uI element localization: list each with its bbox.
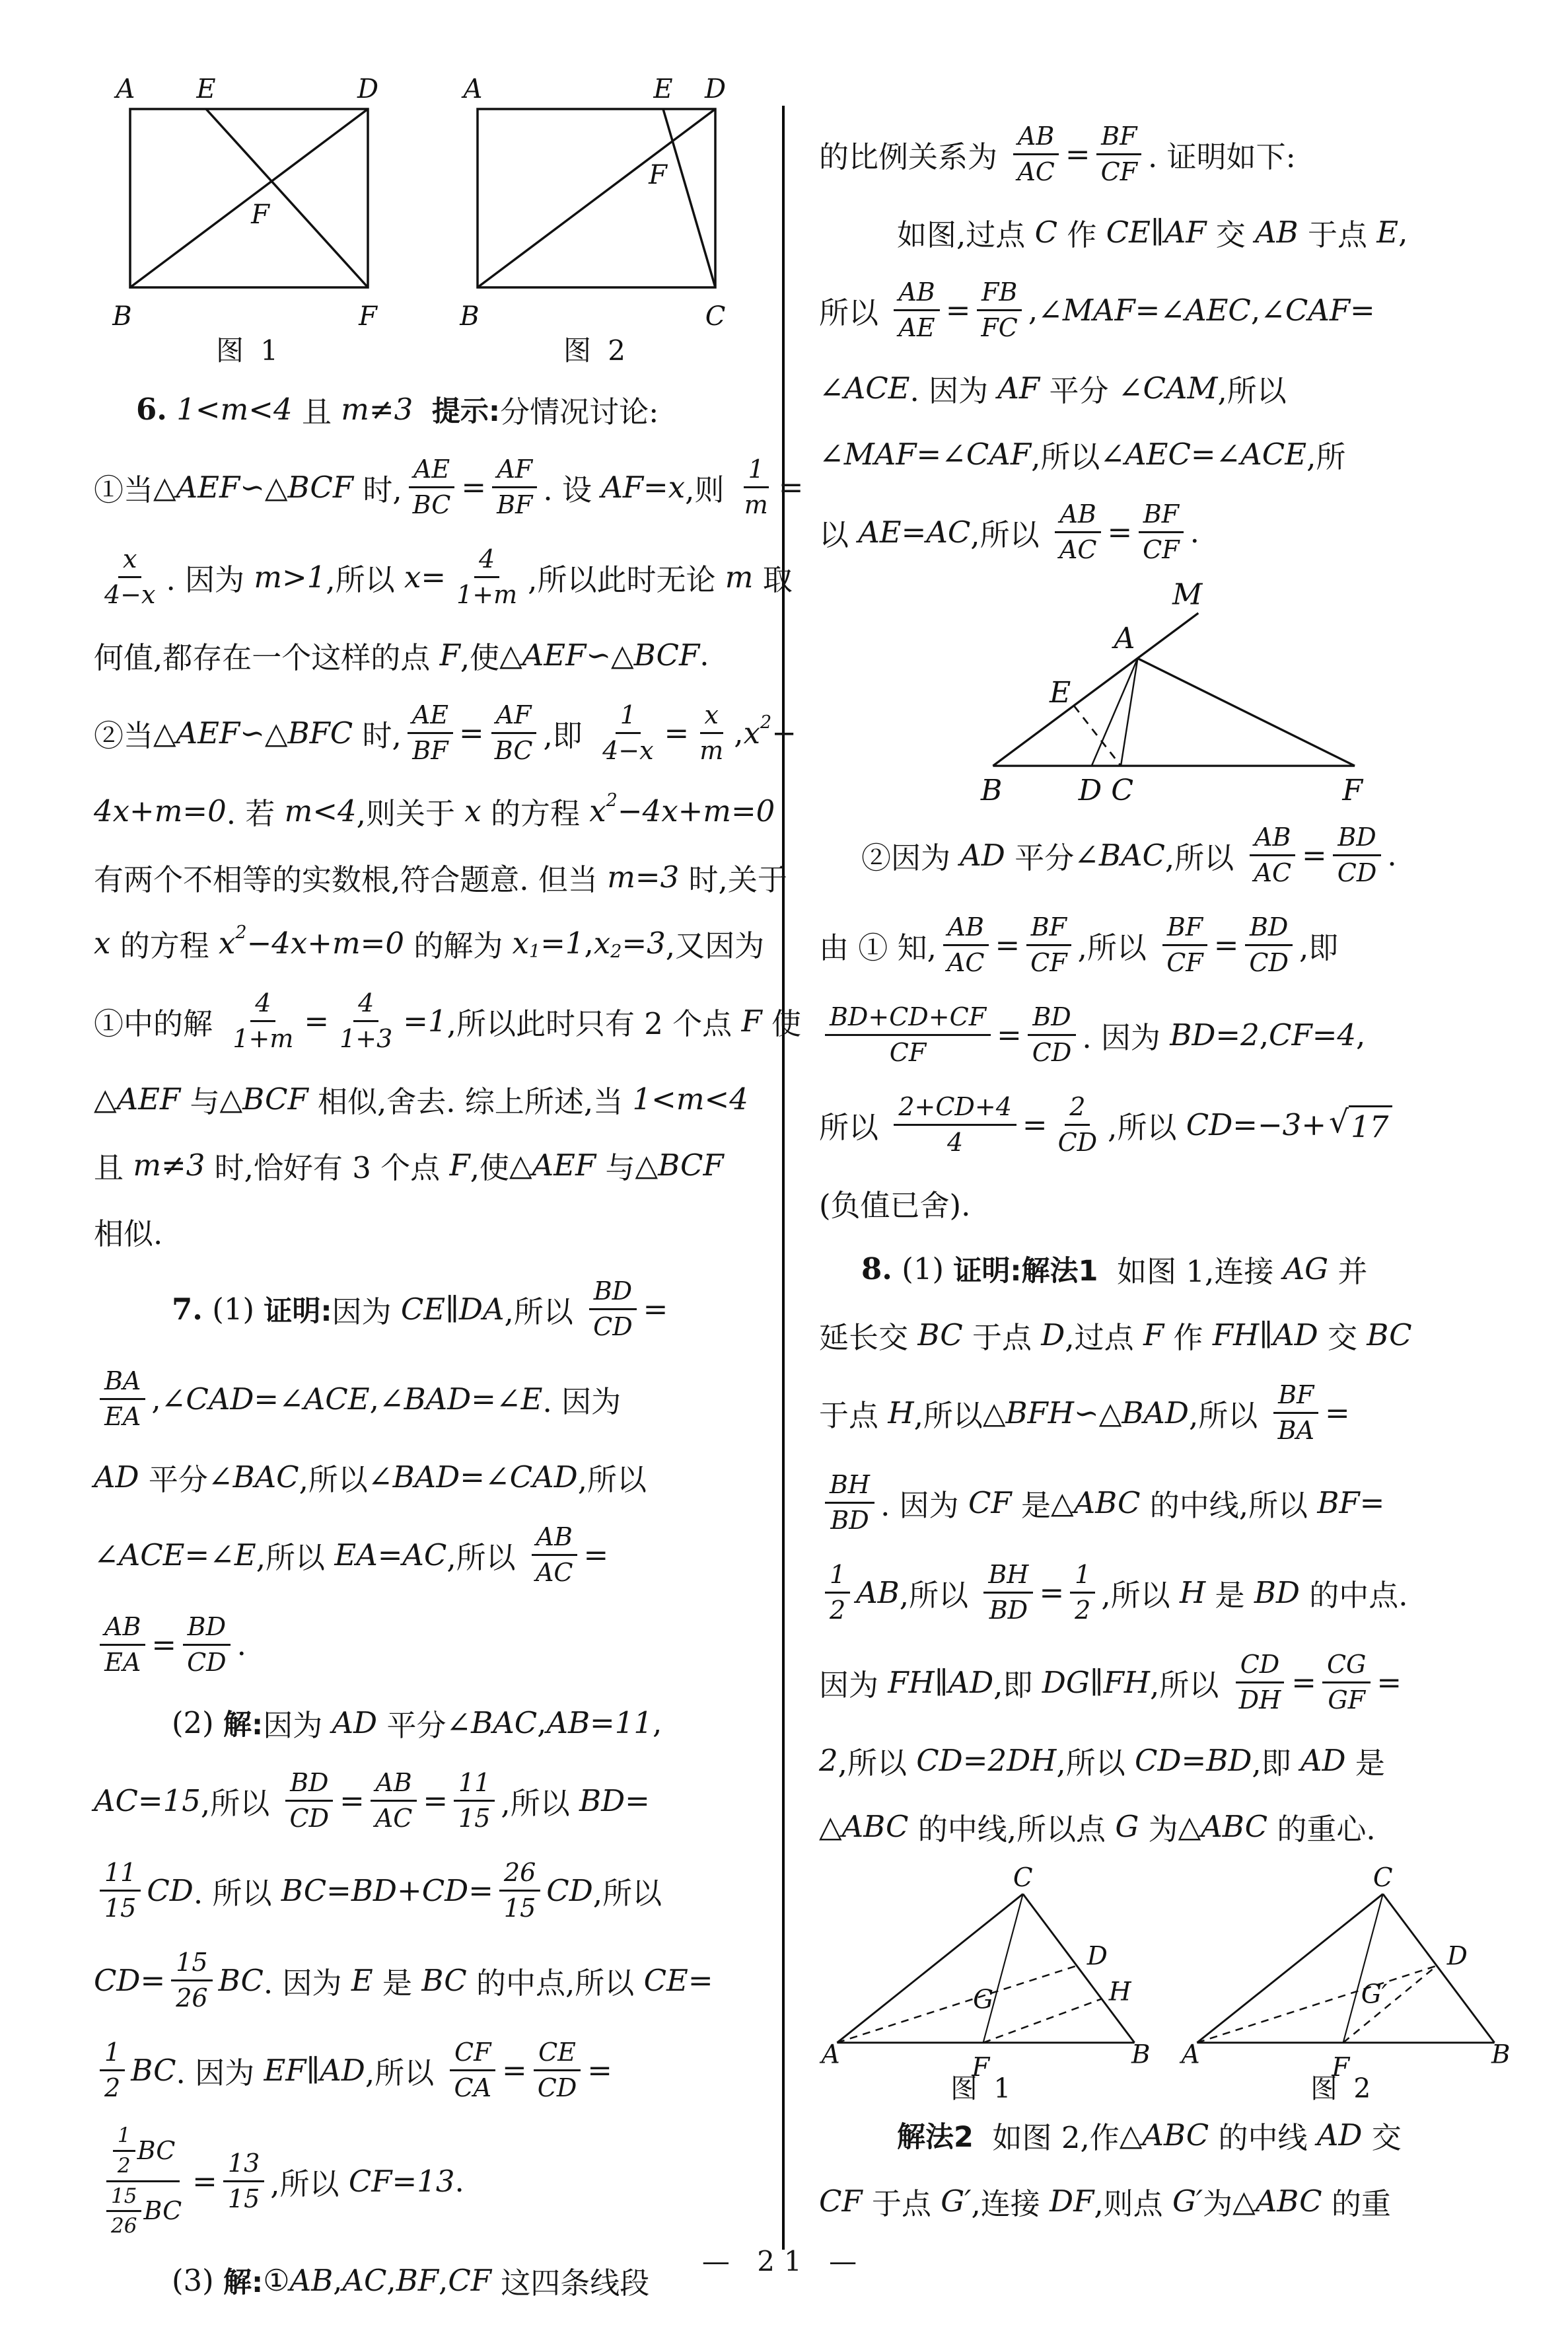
math-run: GF [1328, 1686, 1365, 1715]
text-line: BD+CD+CFCF=BDCD. 因为 BD=2,CF=4, [819, 990, 1532, 1080]
math-run: 1+m [232, 1025, 293, 1053]
fraction-numerator: 12BC [106, 2124, 180, 2182]
text-line: AD 平分∠BAC,所以∠BAD=∠CAD,所以 [94, 1444, 764, 1510]
fraction-numerator: 1 [113, 2124, 135, 2152]
text-run: ,所以 [900, 1571, 978, 1614]
text-run: 所以 [819, 289, 888, 332]
math-run: 26 [176, 1984, 207, 2012]
math-run: AF=x [601, 470, 685, 505]
fraction: BDCD [588, 1277, 637, 1341]
fraction-numerator: AB [371, 1769, 416, 1802]
fraction-denominator: BC [408, 488, 456, 519]
math-run: x [744, 716, 760, 751]
math-run: AB [375, 1769, 411, 1797]
text-run: . 因为 [1082, 1014, 1170, 1056]
math-run: x [594, 926, 610, 961]
text-run: ,所以 [1189, 1391, 1267, 1434]
text-run: . 所以 [194, 1869, 281, 1912]
fraction: 14−x [598, 701, 658, 764]
text-run: 作 [1164, 1313, 1213, 1356]
text-line: 以 AE=AC,所以 ABAC=BFCF. [819, 487, 1532, 577]
fraction-denominator: DH [1234, 1683, 1286, 1715]
math-run: m>1 [254, 560, 326, 595]
math-run: AD [960, 838, 1005, 873]
fraction: FBFC [976, 278, 1022, 342]
math-run: G [1115, 1809, 1139, 1844]
math-run: CF [819, 2184, 863, 2219]
problem-number: 7. [172, 1292, 203, 1327]
text-run: (1) [892, 1251, 953, 1286]
text-run: . 设 [543, 466, 601, 509]
text-run: 取 [753, 556, 792, 599]
math-run: = [1065, 137, 1090, 172]
tri2-label-B: B [1491, 2040, 1511, 2070]
text-run: ,使 [470, 1144, 509, 1187]
math-run: CE∥AF [1106, 215, 1207, 250]
fraction-denominator: 2 [825, 1594, 850, 1625]
fraction-denominator: 26 [106, 2212, 141, 2238]
math-run: ∠CAD=∠ACE [161, 1382, 370, 1417]
superscript: 2 [760, 712, 771, 733]
math-run: = [1214, 928, 1239, 963]
math-run: G′ [941, 2184, 971, 2219]
math-run: x [219, 926, 235, 961]
math-run: 1+m [456, 581, 517, 609]
text-run: 延长交 [819, 1313, 917, 1356]
fraction-numerator: AB [100, 1613, 145, 1646]
text-run: 是 [1205, 1571, 1254, 1614]
math-run: ∠ACE [819, 371, 909, 406]
superscript: 2 [235, 922, 246, 943]
math-run: ∠BAD=∠CAD [368, 1459, 578, 1495]
text-run: 如图 1,连接 [1098, 1247, 1283, 1290]
math-run: = [339, 1783, 365, 1818]
text-run: . 若 [227, 790, 285, 832]
math-run: BC=BD+CD= [281, 1873, 493, 1908]
math-run: AB [948, 913, 984, 941]
text-run [167, 392, 176, 427]
math-run: BH [988, 1561, 1028, 1589]
fraction-numerator: 2+CD+4 [894, 1093, 1016, 1126]
tri1-label-B: B [1131, 2040, 1151, 2070]
fraction-denominator: CF [1138, 533, 1184, 564]
math-run: BD [1032, 1003, 1071, 1031]
text-run: 如图,过点 [897, 211, 1035, 254]
fraction-numerator: 1 [825, 1561, 850, 1594]
text-run: 交 [1206, 211, 1255, 254]
page: A E D B F F 图 1 A E D B C [0, 0, 1568, 2325]
rect1-label-D: D [357, 74, 378, 104]
text-line: 延长交 BC 于点 D,过点 F 作 FH∥AD 交 BC [819, 1302, 1532, 1368]
math-run: CD=BD [1135, 1743, 1252, 1778]
text-run: , [653, 1705, 662, 1740]
math-run: FH∥AD [888, 1665, 993, 1700]
math-run: ∠CAF= [1260, 293, 1375, 328]
math-run: m≠3 [133, 1148, 205, 1183]
math-run: 4−x [104, 581, 155, 609]
rect2-lines [478, 109, 715, 287]
fraction: ABAC [1055, 500, 1102, 564]
text-line: x 的方程 x2−4x+m=0 的解为 x1=1,x2=3,又因为 [94, 910, 764, 976]
math-run: 1<m<4 [176, 392, 292, 427]
math-run: BA [104, 1367, 141, 1395]
math-run: = [461, 470, 486, 505]
math-run: = [997, 1017, 1022, 1052]
rect1-label-C: F [358, 301, 378, 332]
fraction: 1115 [100, 1859, 141, 1922]
math-run: CF=13 [349, 2164, 455, 2199]
text-run: ,所以 [838, 1739, 917, 1782]
math-run: CF [968, 1485, 1012, 1520]
math-run: ∠BAC [1074, 838, 1165, 873]
text-line: 于点 H,所以△BFH∽△BAD,所以 BFBA= [819, 1368, 1532, 1458]
text-run: 的方程 [481, 790, 590, 832]
math-run: = [1302, 838, 1327, 873]
math-run: CE [538, 2038, 576, 2067]
radical-sign: √ [1329, 1104, 1349, 1140]
math-run: ∠BAC [208, 1459, 299, 1495]
figure-rect-2: A E D B C F 图 2 [448, 66, 758, 367]
math-run: CD [1058, 1128, 1098, 1157]
fraction-numerator: AF [492, 455, 537, 488]
tri1-label-G: G [973, 1985, 993, 2014]
fraction-denominator: 15 [454, 1802, 495, 1833]
math-run: m [699, 737, 723, 765]
math-run: CD [1249, 949, 1289, 977]
text-run: 的解为 [404, 922, 513, 965]
fraction-numerator: BF [1273, 1381, 1318, 1414]
text-line: 何值,都存在一个这样的点 F,使△AEF∽△BCF. [94, 622, 764, 688]
text-run: ,所以 [970, 511, 1049, 554]
fraction-numerator: BD [285, 1769, 333, 1802]
text-run: 于点 [1299, 211, 1377, 254]
math-run: CF [1030, 949, 1067, 977]
text-run: ②当 [94, 712, 153, 755]
math-run: 15 [228, 2185, 260, 2213]
fraction-denominator: AC [943, 946, 989, 977]
text-line: 12AB,所以 BHBD=12,所以 H 是 BD 的中点. [819, 1547, 1532, 1637]
math-run: AB [898, 278, 935, 307]
math-run: CD [290, 1804, 330, 1833]
text-run: 平分 [139, 1456, 208, 1498]
superscript: 2 [606, 790, 618, 811]
math-run: = [502, 2053, 527, 2088]
fraction-numerator: 1 [1070, 1561, 1095, 1594]
text-run: . 因为 [543, 1378, 622, 1421]
math-run: DF [1050, 2184, 1094, 2219]
text-line: ①当△AEF∽△BCF 时,AEBC=AFBF. 设 AF=x,则 1m= [94, 442, 764, 532]
math-run: AD [94, 1459, 139, 1495]
text-line: 所以 2+CD+44=2CD,所以 CD=−3+√17 [819, 1080, 1532, 1169]
math-run: FC [981, 314, 1017, 342]
fraction: 12 [113, 2124, 135, 2177]
fraction-numerator: BH [983, 1561, 1033, 1594]
text-run: . [699, 638, 709, 673]
text-run [413, 392, 432, 427]
fraction-denominator: 4 [943, 1126, 968, 1157]
fraction: 2615 [499, 1859, 540, 1922]
math-run: x [705, 701, 719, 729]
text-run: ,即 [1252, 1739, 1301, 1782]
right-text-2: ②因为 AD 平分∠BAC,所以 ABAC=BDCD.由 ① 知,ABAC=BF… [819, 810, 1532, 1859]
fraction: ABAC [1013, 122, 1059, 186]
math-run: AB=11 [546, 1705, 653, 1740]
text-run: ,所以此时无论 [528, 556, 725, 599]
rect2-label-B: B [459, 301, 479, 332]
text-line: 6. 1<m<4 且 m≠3 提示:分情况讨论: [94, 376, 764, 442]
text-line: 因为 FH∥AD,即 DG∥FH,所以 CDDH=CGGF= [819, 1637, 1532, 1727]
math-run: − [771, 716, 797, 751]
math-run: CF=4 [1269, 1017, 1356, 1052]
math-run: AB [104, 1613, 141, 1641]
math-run: CD= [94, 1963, 165, 1998]
fraction-denominator: AC [1013, 155, 1059, 186]
fraction: ABAC [371, 1769, 417, 1832]
text-run: 于点 [819, 1391, 888, 1434]
fraction-numerator: 4 [353, 989, 378, 1022]
math-run: = [587, 2053, 612, 2088]
fraction-denominator: CF [1026, 946, 1071, 977]
left-column: A E D B F F 图 1 A E D B C [94, 66, 764, 2313]
math-run: AG [1283, 1251, 1328, 1286]
text-line: ∠ACE. 因为 AF 平分 ∠CAM,所以 [819, 355, 1532, 421]
math-run: AD [332, 1705, 378, 1740]
text-run: , [1398, 215, 1408, 250]
text-line: ①中的解 41+m=41+3=1,所以此时只有 2 个点 F 使 [94, 976, 764, 1066]
fraction-numerator: 15 [106, 2185, 141, 2213]
math-run: = [995, 928, 1020, 963]
text-line: 且 m≠3 时,恰好有 3 个点 F,使△AEF 与△BCF [94, 1132, 764, 1198]
fraction: BDCD [1333, 823, 1382, 887]
fraction: ABEA [100, 1613, 145, 1676]
fraction-numerator: CD [1236, 1650, 1285, 1683]
text-run: ,则关于 [357, 790, 465, 832]
math-run: BF [1167, 913, 1203, 941]
math-run: E [1376, 215, 1398, 250]
math-run: AE [412, 701, 448, 729]
fraction-denominator: 1+3 [335, 1022, 397, 1053]
text-run: ,则 [685, 466, 734, 509]
text-run: ,即 [543, 712, 592, 755]
math-run: = [151, 1627, 176, 1662]
fraction-numerator: BD [589, 1277, 637, 1310]
text-run: 的方程 [110, 922, 219, 965]
fraction-numerator: 4 [250, 989, 275, 1022]
math-run: 1 [118, 2124, 131, 2147]
fraction-denominator: CD [1333, 856, 1382, 887]
math-run: 2 [1075, 1596, 1090, 1625]
radicand: 17 [1349, 1105, 1392, 1144]
fraction: ABAE [894, 278, 939, 342]
math-run: BD [290, 1769, 328, 1797]
fraction: BDCD [285, 1769, 334, 1832]
math-run: AB [1254, 823, 1291, 852]
text-line: 2,所以 CD=2DH,所以 CD=BD,即 AD 是 [819, 1727, 1532, 1793]
rect2-label-E: E [653, 74, 672, 104]
fraction-denominator: 15 [223, 2182, 264, 2213]
text-run: ,则点 [1094, 2180, 1172, 2223]
math-run: x [94, 926, 110, 961]
right-text-1: 的比例关系为 ABAC=BFCF. 证明如下:如图,过点 C 作 CE∥AF 交… [819, 109, 1532, 577]
text-line: 由 ① 知,ABAC=BFCF,所以 BFCF=BDCD,即 [819, 900, 1532, 990]
fraction-numerator: 4 [474, 545, 499, 578]
text-run: ,所以 [326, 556, 404, 599]
fraction: BFCF [1096, 122, 1142, 186]
text-run: 平分 [1040, 367, 1118, 410]
text-run: ,所以 [1101, 1571, 1180, 1614]
math-run: EF∥AD [264, 2053, 365, 2088]
tri2-label-C: C [1373, 1863, 1393, 1893]
fraction-numerator: x [118, 545, 141, 578]
text-line: 相似. [94, 1198, 764, 1264]
text-run: 交 [1318, 1313, 1367, 1356]
math-run: △ABC [1178, 1809, 1267, 1844]
text-run: 平分 [377, 1701, 446, 1744]
bold-label: 解法2 [897, 2115, 974, 2155]
math-run: G′ [1172, 2184, 1203, 2219]
math-run: CD [593, 1313, 633, 1341]
math-run: BD [1250, 913, 1288, 941]
fraction: 1115 [454, 1769, 495, 1832]
text-run: ,所 [1306, 433, 1345, 476]
text-run: 是 [1012, 1481, 1051, 1524]
text-line: 4x+m=0. 若 m<4,则关于 x 的方程 x2−4x+m=0 [94, 778, 764, 844]
math-run: 4x+m=0 [94, 793, 227, 829]
math-run: AF [497, 455, 532, 484]
math-run: E [351, 1963, 373, 1998]
math-run: x [123, 545, 137, 573]
text-run: 由 ① 知, [819, 924, 937, 967]
math-run: = [946, 293, 971, 328]
text-run: ,过点 [1065, 1313, 1143, 1356]
math-run: AC [375, 1804, 413, 1833]
math-run: m≠3 [341, 392, 413, 427]
math-run: AF [496, 701, 532, 729]
text-run: 与 [596, 1144, 635, 1187]
math-run: −4x+m=0 [247, 926, 404, 961]
text-run: , [1028, 293, 1038, 328]
triangle-m-lines [993, 613, 1355, 766]
math-run: BD= [579, 1783, 650, 1818]
math-run: AC=15 [94, 1783, 201, 1818]
fraction-denominator: GF [1323, 1683, 1370, 1715]
text-run: 相似. [94, 1210, 162, 1253]
math-run: BC [131, 2053, 176, 2088]
math-run: m<4 [285, 793, 357, 829]
math-run: CF [890, 1039, 926, 1067]
fraction-numerator: CG [1322, 1650, 1371, 1683]
fraction-denominator: CF [1096, 155, 1142, 186]
fraction-denominator: EA [100, 1400, 145, 1431]
text-run: (1) [203, 1292, 264, 1327]
math-run: 2 [1069, 1093, 1085, 1121]
math-run: BC [917, 1317, 962, 1352]
text-run: ,所以 [1217, 367, 1286, 410]
text-line: BHBD. 因为 CF 是△ABC 的中线,所以 BF= [819, 1458, 1532, 1547]
math-run: AE [898, 314, 935, 342]
math-run: AC [1017, 158, 1055, 186]
text-line: 12BC. 因为 EF∥AD,所以 CFCA=CECD= [94, 2025, 764, 2115]
text-run: 以 [819, 511, 858, 554]
tri2-label-D: D [1446, 1941, 1468, 1971]
fraction-numerator: BA [100, 1367, 145, 1400]
fraction-numerator: 2 [1065, 1093, 1090, 1126]
fraction-denominator: 26 [171, 1981, 212, 2012]
fraction: BDCD [1028, 1003, 1077, 1066]
fraction: 2+CD+44 [894, 1093, 1016, 1156]
fraction: BFBA [1273, 1381, 1319, 1444]
math-run: CD=−3+ [1186, 1107, 1326, 1142]
math-run: = [1291, 1665, 1316, 1700]
text-line: △AEF 与△BCF 相似,舍去. 综上所述,当 1<m<4 [94, 1066, 764, 1132]
text-line: CF 于点 G′,连接 DF,则点 G′为△ABC 的重 [819, 2168, 1532, 2234]
fraction: 41+m [228, 989, 298, 1052]
fraction-numerator: BD [1028, 1003, 1075, 1036]
text-run: ①中的解 [94, 1000, 222, 1043]
fraction: 12 [1070, 1561, 1095, 1624]
text-run: 的重 [1322, 2180, 1391, 2223]
math-run: H [888, 1395, 913, 1430]
math-run: CF [454, 2038, 491, 2067]
math-run: △ABC [1232, 2184, 1322, 2219]
fraction-denominator: 4−x [598, 734, 658, 765]
fraction: CGGF [1322, 1650, 1371, 1714]
figure-triangle-m-wrap: M A E B D C F [819, 579, 1532, 806]
math-run: DG∥FH [1042, 1665, 1150, 1700]
text-run: 因为 [263, 1701, 332, 1744]
text-run: 为 [1203, 2180, 1232, 2223]
fraction: xm [695, 701, 728, 764]
math-run: EA [104, 1403, 141, 1431]
math-run: △BCF [220, 1082, 308, 1117]
math-run: CD [538, 2074, 577, 2102]
math-run: =1 [540, 926, 584, 961]
math-run: BD [594, 1277, 632, 1306]
math-run: △AEF [94, 1082, 180, 1117]
math-run: CE= [644, 1963, 713, 1998]
fraction: CDDH [1234, 1650, 1286, 1714]
fraction: AEBC [408, 455, 456, 519]
text-run: . 因为 [176, 2049, 264, 2092]
math-run: 4 [947, 1128, 963, 1157]
fraction-denominator: AC [531, 1556, 578, 1587]
math-run: AC [1059, 536, 1097, 564]
text-run: 于点 [863, 2180, 941, 2223]
math-run: AB [1255, 215, 1299, 250]
math-run: △BFH∽△BAD [983, 1395, 1189, 1430]
fraction-numerator: x [700, 701, 723, 734]
text-run: 所以 [819, 1103, 888, 1146]
text-run: 为 [1139, 1805, 1178, 1848]
text-run: ,所以 [505, 1288, 583, 1331]
text-run: , [537, 1705, 546, 1740]
text-line: ②因为 AD 平分∠BAC,所以 ABAC=BDCD. [819, 810, 1532, 900]
fraction: CFCA [450, 2038, 497, 2102]
math-run: △ABC [1120, 2118, 1209, 2153]
math-run: 2+CD+4 [898, 1093, 1012, 1121]
text-run: 时, [353, 712, 402, 755]
fraction-numerator: AE [409, 455, 454, 488]
math-run: ∠MAF=∠AEC [1038, 293, 1251, 328]
fraction-numerator: AB [1013, 122, 1059, 155]
fraction: ABAC [531, 1523, 578, 1586]
fraction: ABAC [943, 913, 989, 977]
text-run: ①当 [94, 466, 153, 509]
triangle-m-label-B: B [980, 774, 1003, 806]
fraction-denominator: BF [408, 734, 452, 765]
fraction-denominator: CD [1028, 1036, 1077, 1067]
math-run: 26 [504, 1859, 536, 1887]
